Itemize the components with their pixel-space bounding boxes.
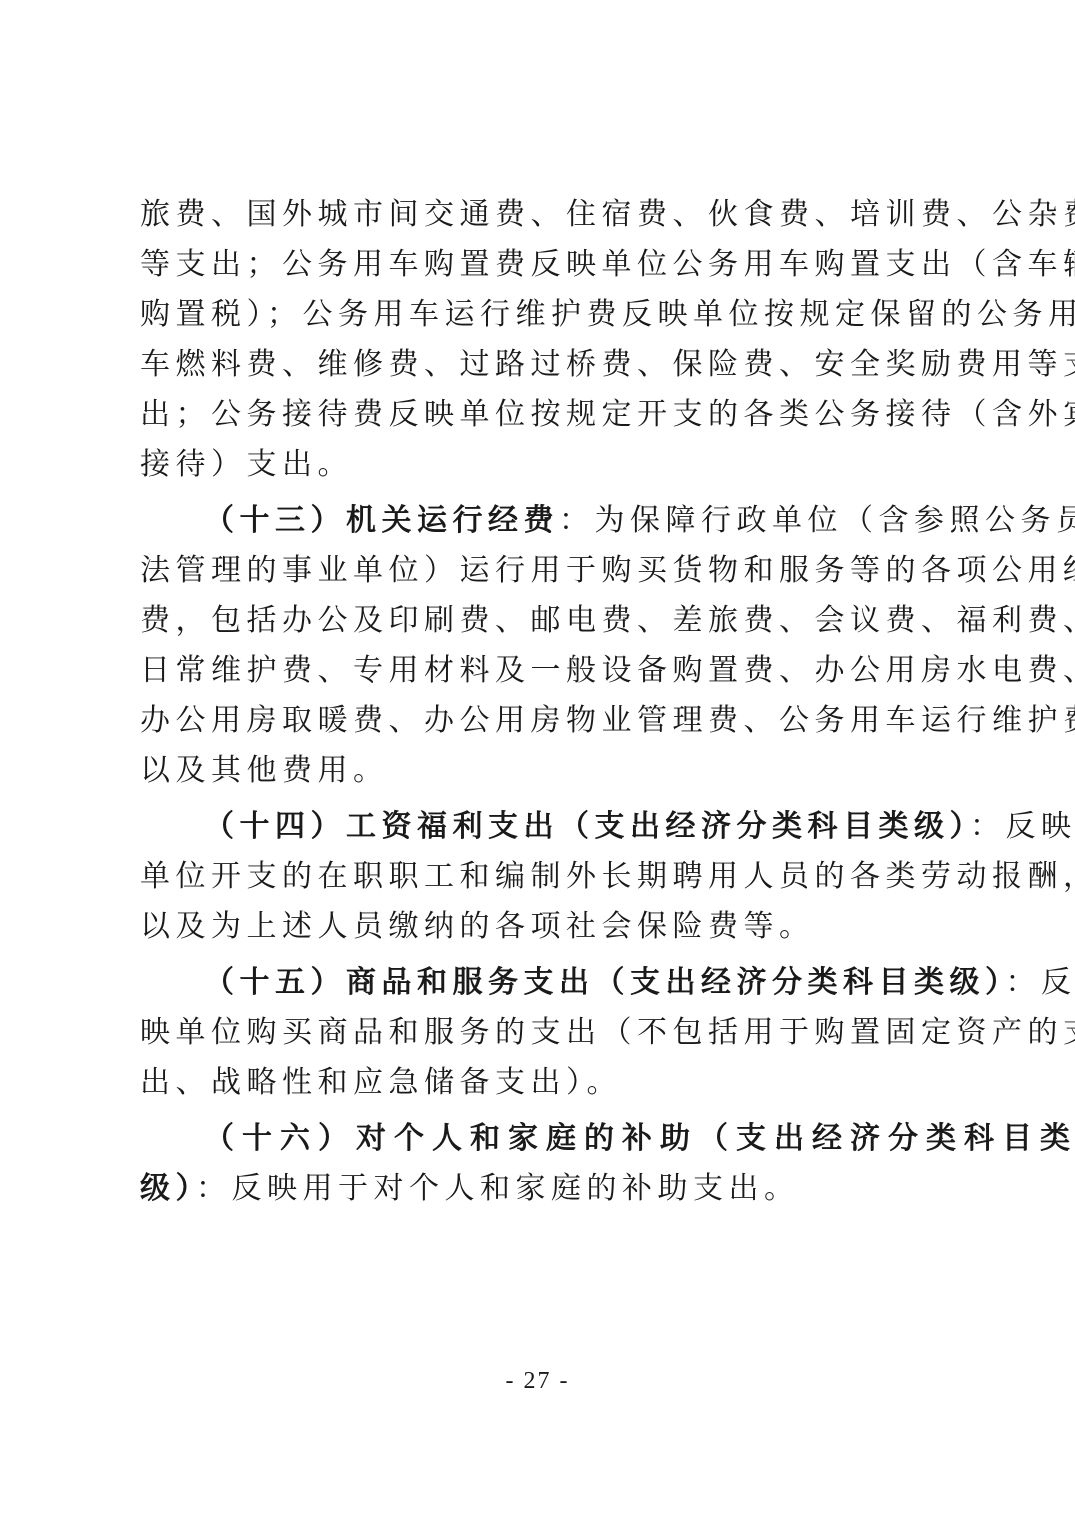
text-line: 法管理的事业单位）运行用于购买货物和服务等的各项公用经 bbox=[140, 546, 940, 596]
text-line: 出、战略性和应急储备支出）。 bbox=[140, 1058, 940, 1108]
document-page: 旅费、国外城市间交通费、住宿费、伙食费、培训费、公杂费 等支出；公务用车购置费反… bbox=[0, 0, 1075, 1521]
section-text: ：反 bbox=[1006, 965, 1075, 1000]
section-heading: （十三）机关运行经费 bbox=[204, 503, 559, 538]
text-line: 费，包括办公及印刷费、邮电费、差旅费、会议费、福利费、 bbox=[140, 596, 940, 646]
section-text: ：反映用于对个人和家庭的补助支出。 bbox=[196, 1171, 800, 1206]
text-line: 接待）支出。 bbox=[140, 440, 940, 490]
section-heading-continuation: 级） bbox=[140, 1171, 196, 1206]
paragraph-continuation: 旅费、国外城市间交通费、住宿费、伙食费、培训费、公杂费 等支出；公务用车购置费反… bbox=[140, 190, 940, 490]
text-line: 映单位购买商品和服务的支出（不包括用于购置固定资产的支 bbox=[140, 1008, 940, 1058]
section-heading: （十五）商品和服务支出（支出经济分类科目类级） bbox=[204, 965, 1006, 1000]
paragraph-section-16: （十六）对个人和家庭的补助（支出经济分类科目类 级）：反映用于对个人和家庭的补助… bbox=[140, 1114, 940, 1214]
section-text: ：为保障行政单位（含参照公务员 bbox=[559, 503, 1075, 538]
text-line: （十六）对个人和家庭的补助（支出经济分类科目类 bbox=[140, 1114, 940, 1164]
text-line: 等支出；公务用车购置费反映单位公务用车购置支出（含车辆 bbox=[140, 240, 940, 290]
section-text: ：反映 bbox=[970, 809, 1075, 844]
text-line: （十五）商品和服务支出（支出经济分类科目类级）：反 bbox=[140, 958, 940, 1008]
text-line: 车燃料费、维修费、过路过桥费、保险费、安全奖励费用等支 bbox=[140, 340, 940, 390]
document-body: 旅费、国外城市间交通费、住宿费、伙食费、培训费、公杂费 等支出；公务用车购置费反… bbox=[140, 190, 940, 1214]
text-line: （十三）机关运行经费：为保障行政单位（含参照公务员 bbox=[140, 496, 940, 546]
section-heading: （十六）对个人和家庭的补助（支出经济分类科目类 bbox=[204, 1121, 1075, 1156]
page-number: - 27 - bbox=[0, 1368, 1075, 1395]
text-line: 以及其他费用。 bbox=[140, 746, 940, 796]
text-line: 旅费、国外城市间交通费、住宿费、伙食费、培训费、公杂费 bbox=[140, 190, 940, 240]
paragraph-section-14: （十四）工资福利支出（支出经济分类科目类级）：反映 单位开支的在职职工和编制外长… bbox=[140, 802, 940, 952]
text-line: 购置税）；公务用车运行维护费反映单位按规定保留的公务用 bbox=[140, 290, 940, 340]
text-line: （十四）工资福利支出（支出经济分类科目类级）：反映 bbox=[140, 802, 940, 852]
text-line: 级）：反映用于对个人和家庭的补助支出。 bbox=[140, 1164, 940, 1214]
paragraph-section-13: （十三）机关运行经费：为保障行政单位（含参照公务员 法管理的事业单位）运行用于购… bbox=[140, 496, 940, 796]
text-line: 办公用房取暖费、办公用房物业管理费、公务用车运行维护费 bbox=[140, 696, 940, 746]
text-line: 单位开支的在职职工和编制外长期聘用人员的各类劳动报酬， bbox=[140, 852, 940, 902]
section-heading: （十四）工资福利支出（支出经济分类科目类级） bbox=[204, 809, 970, 844]
text-line: 日常维护费、专用材料及一般设备购置费、办公用房水电费、 bbox=[140, 646, 940, 696]
text-line: 以及为上述人员缴纳的各项社会保险费等。 bbox=[140, 902, 940, 952]
text-line: 出；公务接待费反映单位按规定开支的各类公务接待（含外宾 bbox=[140, 390, 940, 440]
paragraph-section-15: （十五）商品和服务支出（支出经济分类科目类级）：反 映单位购买商品和服务的支出（… bbox=[140, 958, 940, 1108]
